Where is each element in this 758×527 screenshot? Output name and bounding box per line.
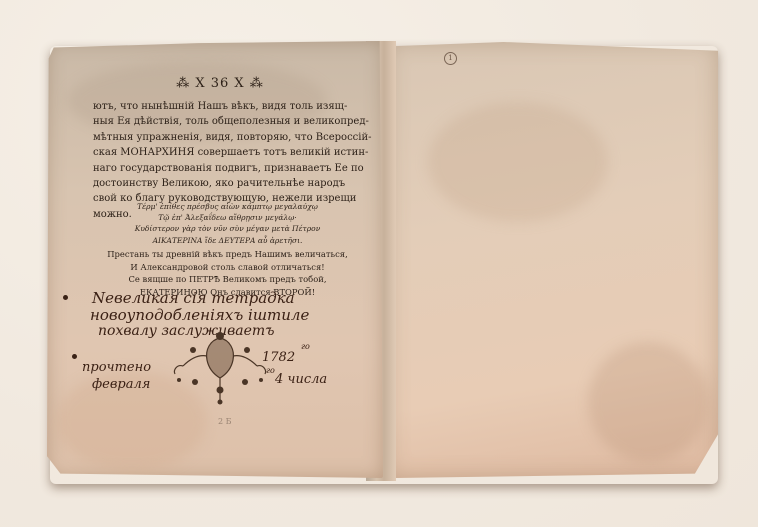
verse-line: Τῷ ἐπ' Ἀλεξαΐδεω αἴθρῃσιν μεγάλῳ·: [95, 212, 360, 223]
verse-line: Се вящше по ПЕТРѢ Великомъ предъ тобой,: [95, 273, 360, 286]
ink-dot: [72, 354, 77, 359]
prose-line: ютъ, что нынѣшній Нашъ вѣкъ, видя толь и…: [93, 99, 361, 114]
right-page: [388, 42, 718, 478]
ink-dot: [63, 295, 68, 300]
footer-signature: 2 Б: [218, 417, 232, 426]
prose-line: ныя Ея дѣйствія, толь общеполезныя и вел…: [93, 114, 361, 129]
verse-line: Τέρμ' ἐπίθες πρέσβυς αἰὼν κάμπτῳ μεγαλαύ…: [95, 201, 360, 212]
handwritten-month: февраля: [92, 377, 150, 392]
greek-verse: Τέρμ' ἐπίθες πρέσβυς αἰὼν κάμπτῳ μεγαλαύ…: [95, 201, 360, 246]
handwritten-read-label: прочтено: [82, 360, 151, 375]
verse-line: Престань ты древній вѣкъ предъ Нашимъ ве…: [95, 248, 360, 261]
page-header: ⁂ X 36 X ⁂: [170, 76, 270, 91]
handwritten-line-1: Neвеликая сія тетрадка: [92, 289, 295, 307]
verse-line: Κυδίστερον γὰρ τὸν νῦν σὺν μέγαν μετὰ Πέ…: [95, 223, 360, 234]
prose-line: ская МОНАРХИНЯ совершаетъ тотъ великій и…: [93, 145, 361, 160]
handwritten-day: 4 числа: [275, 372, 327, 387]
verse-line: ΑΙΚΑΤΕΡΙΝΑ ἴδε ΔΕΥΤΕΡΑ αὖ ἀρετῆσι.: [95, 235, 360, 246]
handwritten-line-2: новоуподобленіяхъ іштиле: [90, 306, 309, 324]
archive-mark: 1: [444, 52, 457, 65]
handwritten-year-superscript: го: [301, 342, 310, 351]
floral-ornament-icon: [165, 330, 275, 410]
prose-line: наго государствованія подвигъ, признавае…: [93, 161, 361, 176]
verse-line: И Александровой столь славой отличаться!: [95, 261, 360, 274]
prose-line: мѣтныя упражненія, видя, повторяю, что В…: [93, 130, 361, 145]
prose-line: достоинству Великою, яко рачительнѣе нар…: [93, 176, 361, 191]
